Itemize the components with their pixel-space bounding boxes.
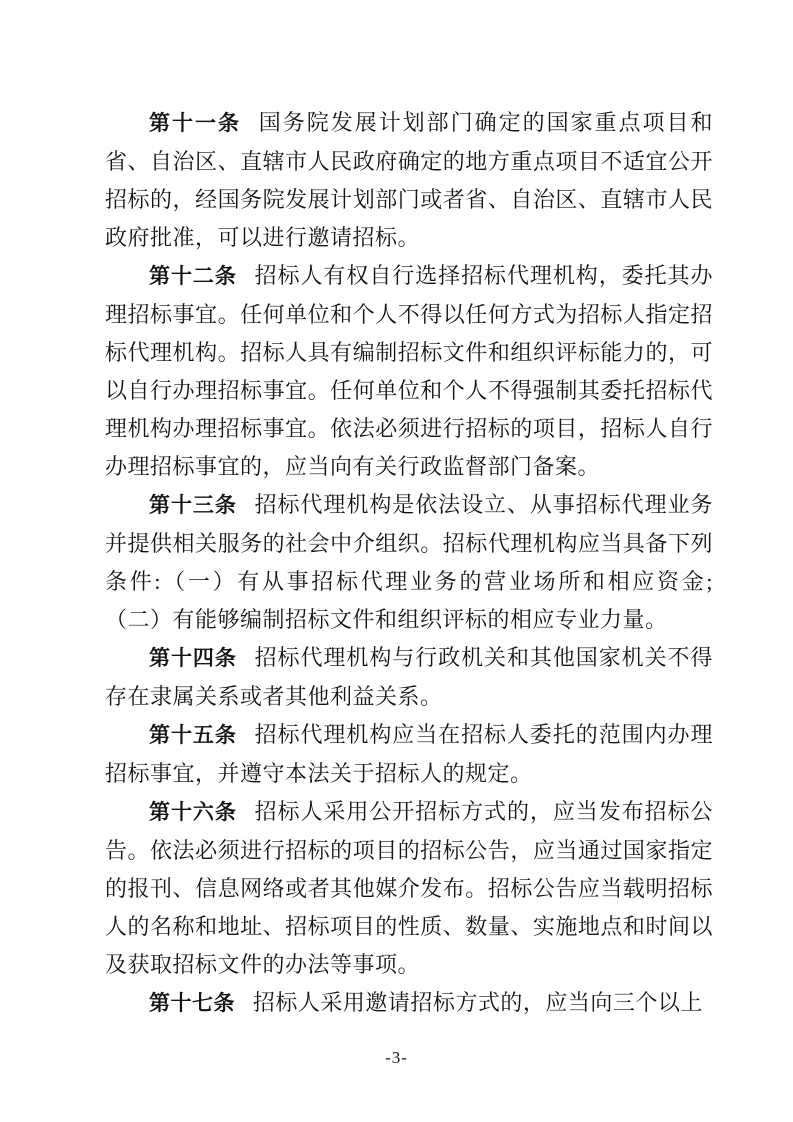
article-paragraph: 第十五条招标代理机构应当在招标人委托的范围内办理招标事宜，并遵守本法关于招标人的… [105, 716, 713, 793]
article-number: 第十六条 [149, 801, 237, 824]
article-number: 第十五条 [149, 724, 237, 747]
article-text: 招标人有权自行选择招标代理机构，委托其办理招标事宜。任何单位和个人不得以任何方式… [105, 263, 713, 479]
article-paragraph: 第十六条招标人采用公开招标方式的，应当发布招标公告。依法必须进行招标的项目的招标… [105, 793, 713, 984]
document-page: 第十一条国务院发展计划部门确定的国家重点项目和省、自治区、直辖市人民政府确定的地… [0, 0, 793, 1122]
article-number: 第十二条 [149, 265, 237, 288]
article-paragraph: 第十二条招标人有权自行选择招标代理机构，委托其办理招标事宜。任何单位和个人不得以… [105, 257, 713, 486]
article-number: 第十七条 [149, 992, 235, 1015]
article-text: 招标人采用公开招标方式的，应当发布招标公告。依法必须进行招标的项目的招标公告，应… [105, 799, 713, 977]
article-paragraph: 第十四条招标代理机构与行政机关和其他国家机关不得存在隶属关系或者其他利益关系。 [105, 639, 713, 716]
article-number: 第十三条 [149, 494, 237, 517]
article-paragraph: 第十一条国务院发展计划部门确定的国家重点项目和省、自治区、直辖市人民政府确定的地… [105, 104, 713, 257]
page-number: -3- [0, 1048, 793, 1068]
article-paragraph: 第十三条招标代理机构是依法设立、从事招标代理业务并提供相关服务的社会中介组织。招… [105, 486, 713, 639]
article-paragraph: 第十七条招标人采用邀请招标方式的，应当向三个以上 [105, 984, 713, 1023]
page-text-block: 第十一条国务院发展计划部门确定的国家重点项目和省、自治区、直辖市人民政府确定的地… [105, 104, 713, 1023]
article-number: 第十四条 [149, 647, 237, 670]
article-text: 招标人采用邀请招标方式的，应当向三个以上 [253, 990, 703, 1015]
article-number: 第十一条 [149, 112, 241, 135]
